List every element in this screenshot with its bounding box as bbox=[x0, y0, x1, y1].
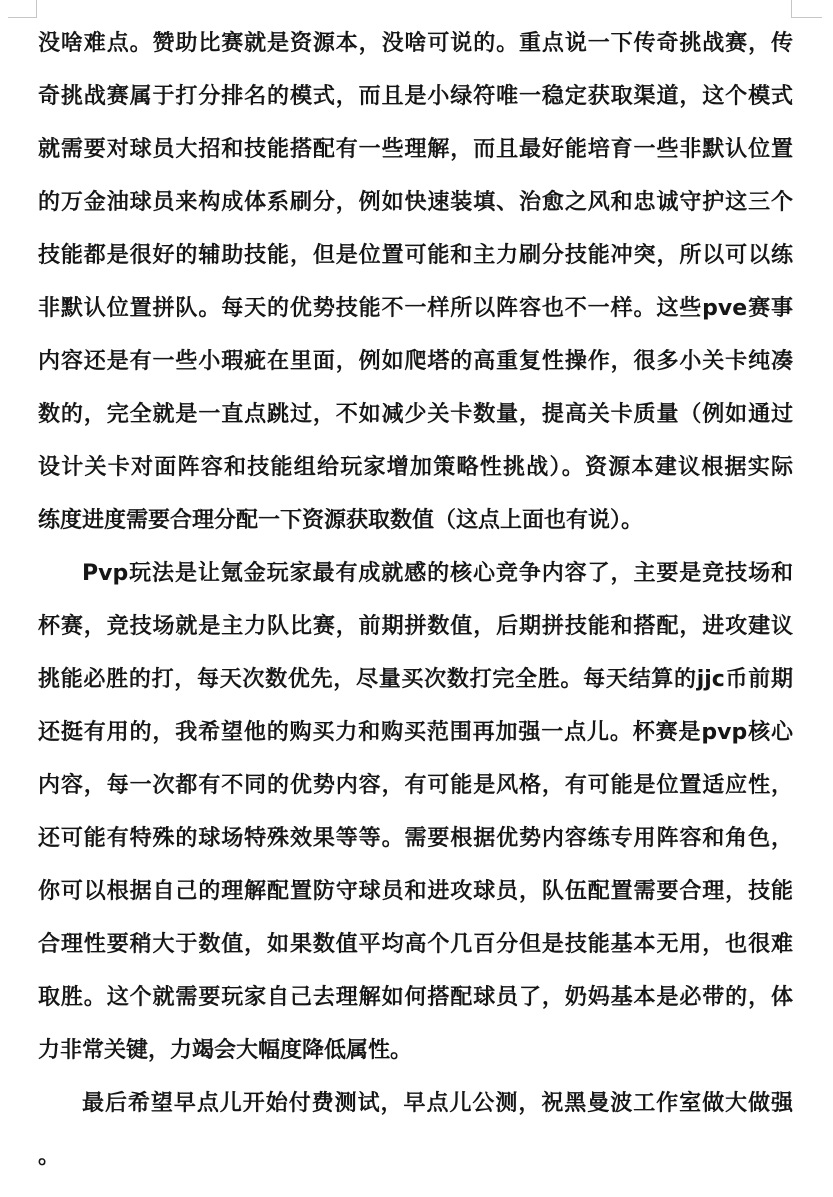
document-text: 没啥难点。赞助比赛就是资源本，没啥可说的。重点说一下传奇挑战赛，传奇挑战赛属于打… bbox=[38, 17, 793, 1183]
text-line: 内容还是有一些小瑕疵在里面，例如爬塔的高重复性操作，很多小关卡纯凑 bbox=[38, 335, 793, 388]
text-line: 力非常关键，力竭会大幅度降低属性。 bbox=[38, 1024, 793, 1077]
text-line: 还挺有用的，我希望他的购买力和购买范围再加强一点儿。杯赛是pvp核心 bbox=[38, 706, 793, 759]
text-line: 。 bbox=[38, 1130, 793, 1183]
text-boundary-mark-top-right bbox=[791, 0, 822, 18]
text-line: 还可能有特殊的球场特殊效果等等。需要根据优势内容练专用阵容和角色， bbox=[38, 812, 793, 865]
document-page: 没啥难点。赞助比赛就是资源本，没啥可说的。重点说一下传奇挑战赛，传奇挑战赛属于打… bbox=[0, 0, 833, 1197]
text-line: 就需要对球员大招和技能搭配有一些理解，而且最好能培育一些非默认位置 bbox=[38, 123, 793, 176]
text-line: 奇挑战赛属于打分排名的模式，而且是小绿符唯一稳定获取渠道，这个模式 bbox=[38, 70, 793, 123]
text-line: 挑能必胜的打，每天次数优先，尽量买次数打完全胜。每天结算的jjc币前期 bbox=[38, 653, 793, 706]
text-line: 设计关卡对面阵容和技能组给玩家增加策略性挑战）。资源本建议根据实际 bbox=[38, 441, 793, 494]
text-line: 技能都是很好的辅助技能，但是位置可能和主力刷分技能冲突，所以可以练 bbox=[38, 229, 793, 282]
text-line: 数的，完全就是一直点跳过，不如减少关卡数量，提高关卡质量（例如通过 bbox=[38, 388, 793, 441]
text-boundary-mark-top-left bbox=[8, 0, 37, 18]
text-line: 的万金油球员来构成体系刷分，例如快速装填、治愈之风和忠诚守护这三个 bbox=[38, 176, 793, 229]
text-line: 取胜。这个就需要玩家自己去理解如何搭配球员了，奶妈基本是必带的，体 bbox=[38, 971, 793, 1024]
text-line: 最后希望早点儿开始付费测试，早点儿公测，祝黑曼波工作室做大做强 bbox=[38, 1077, 793, 1130]
text-line: 没啥难点。赞助比赛就是资源本，没啥可说的。重点说一下传奇挑战赛，传 bbox=[38, 17, 793, 70]
text-line: 练度进度需要合理分配一下资源获取数值（这点上面也有说）。 bbox=[38, 494, 793, 547]
text-line: 内容，每一次都有不同的优势内容，有可能是风格，有可能是位置适应性， bbox=[38, 759, 793, 812]
text-line: 合理性要稍大于数值，如果数值平均高个几百分但是技能基本无用，也很难 bbox=[38, 918, 793, 971]
text-line: Pvp玩法是让氪金玩家最有成就感的核心竞争内容了，主要是竞技场和 bbox=[38, 547, 793, 600]
text-line: 非默认位置拼队。每天的优势技能不一样所以阵容也不一样。这些pve赛事 bbox=[38, 282, 793, 335]
text-line: 你可以根据自己的理解配置防守球员和进攻球员，队伍配置需要合理，技能 bbox=[38, 865, 793, 918]
text-line: 杯赛，竞技场就是主力队比赛，前期拼数值，后期拼技能和搭配，进攻建议 bbox=[38, 600, 793, 653]
